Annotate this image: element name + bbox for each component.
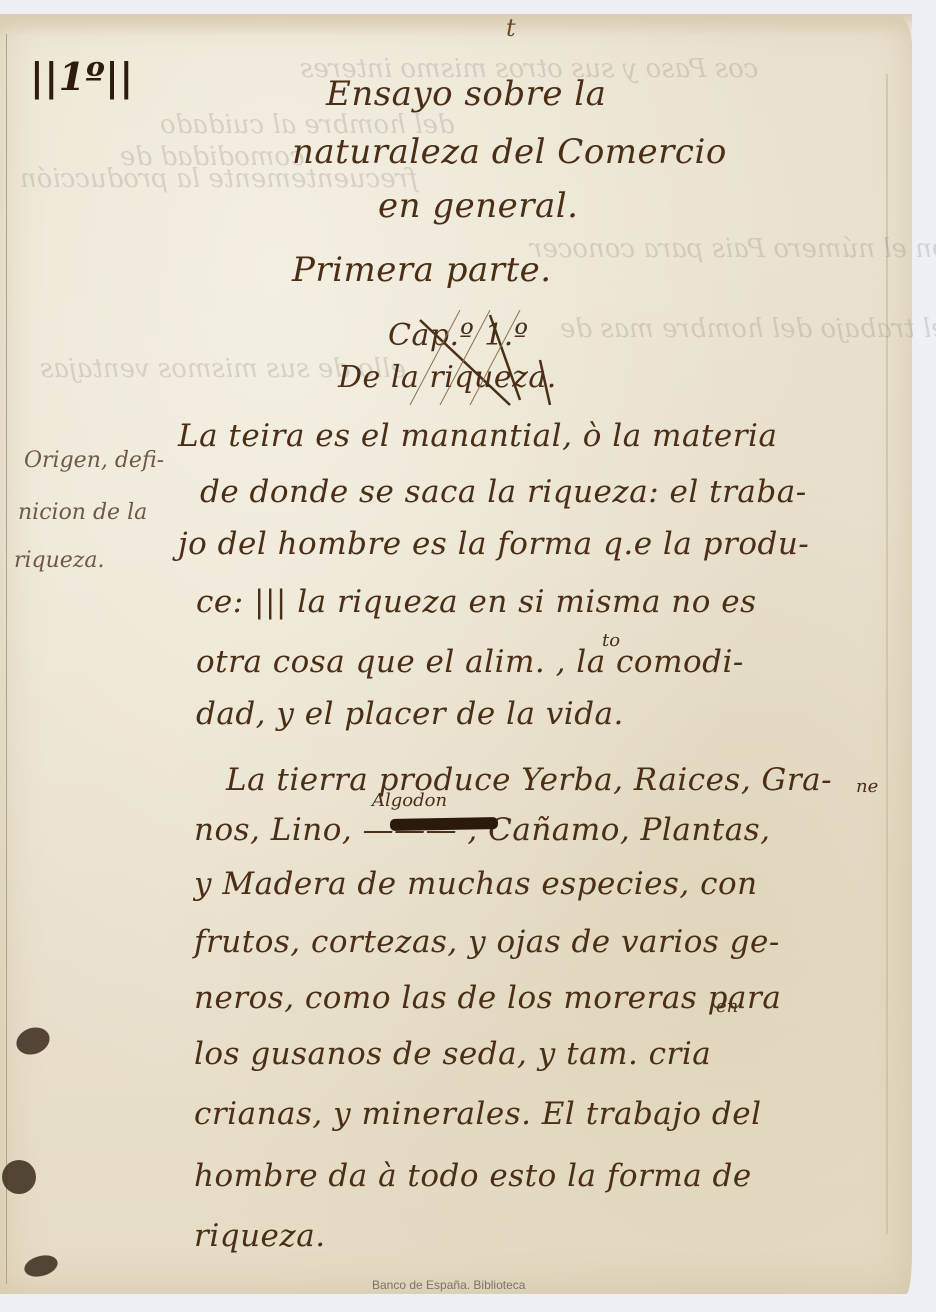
title-line-2: naturaleza del Comercio (292, 132, 727, 172)
interlinear-insertion-ne: ne (856, 776, 878, 797)
chapter-title: De la riqueza. (338, 360, 557, 395)
interlinear-insertion-to: to (602, 630, 620, 651)
body-line: neros, como las de los moreras para (194, 980, 781, 1016)
body-line: de donde se saca la riqueza: el traba- (200, 474, 807, 510)
title-line-3: en general. (378, 186, 578, 226)
body-line: dad, y el placer de la vida. (196, 696, 624, 732)
page-top-edge (0, 14, 912, 36)
body-line: los gusanos de seda, y tam. cria (194, 1036, 711, 1072)
interlinear-insertion-algodon: Algodon (372, 790, 447, 811)
shelfmark-number: ||1º|| (30, 54, 134, 99)
ink-blot (2, 1160, 36, 1194)
body-line: jo del hombre es la forma q.e la produ- (178, 526, 809, 562)
body-line: y Madera de muchas especies, con (194, 866, 758, 902)
body-line: otra cosa que el alim. , la comodi- (196, 644, 744, 680)
binding-gutter (6, 34, 7, 1284)
redacted-word (390, 817, 498, 831)
interlinear-insertion-en: en (716, 996, 738, 1017)
part-heading: Primera parte. (292, 250, 552, 290)
chapter-heading: Cap.º 1.º (388, 318, 528, 353)
body-line: La tierra produce Yerba, Raices, Gra- (226, 762, 832, 798)
library-watermark: Banco de España. Biblioteca (372, 1278, 525, 1292)
body-line: La teira es el manantial, ò la materia (178, 418, 777, 454)
margin-note-line-3: riqueza. (14, 548, 105, 573)
margin-note-line-1: Origen, defi- (24, 448, 164, 473)
folio-mark: t (506, 14, 516, 42)
body-line: frutos, cortezas, y ojas de varios ge- (194, 924, 780, 960)
title-line-1: Ensayo sobre la (326, 74, 606, 114)
body-line: ce: ||| la riqueza en si misma no es (196, 584, 757, 620)
body-line: crianas, y minerales. El trabajo del (194, 1096, 762, 1132)
bleed-through-text: con el número Pais para conocer (530, 234, 936, 264)
body-line: hombre da à todo esto la forma de (194, 1158, 752, 1194)
body-line: riqueza. (194, 1218, 326, 1254)
margin-note-line-2: nicion de la (18, 500, 147, 525)
bleed-through-text: ma, y el trabajo del hombre mas de (560, 314, 936, 344)
